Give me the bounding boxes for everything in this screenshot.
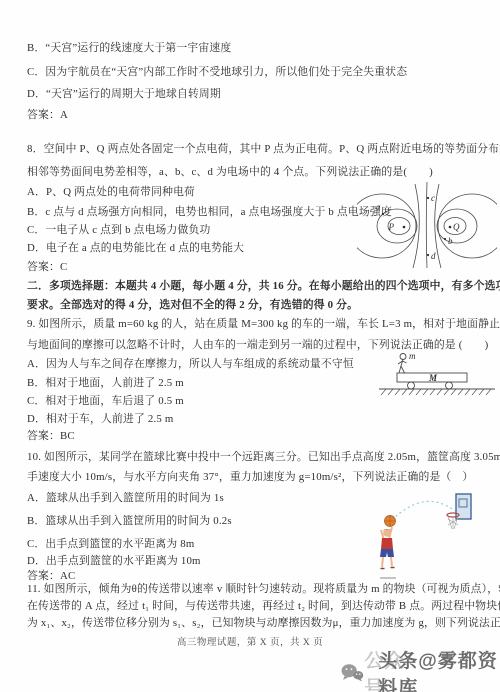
q11-stem-line-2: 在传送带的 A 点，经过 t₁ 时间，与传送带共速，再经过 t₂ 时间，到达传动… [27,600,500,613]
point-b-dot [444,238,446,240]
basketball-player [380,516,396,579]
point-c-dot [427,197,429,199]
q10-option-D: D．出手点到篮筐的水平距离为 10m [27,555,201,568]
center-field-line [426,182,427,268]
exam-page: B．“天宫”运行的线速度大于第一宇宙速度 C．因为宇航员在“天宫”内部工作时不受… [0,0,500,692]
q8-stem-line-1: 8．空间中 P、Q 两点处各固定一个点电荷，其中 P 点为正电荷。P、Q 两点附… [27,143,500,156]
q8-option-C: C．一电子从 c 点到 b 点电场力做负功 [27,224,211,237]
player-jersey [381,538,393,549]
point-d-dot [427,254,429,256]
label-d: d [431,251,436,261]
label-a: a [376,202,381,212]
label-P: P [388,222,395,232]
q10-answer: 答案：AC [27,570,75,583]
point-a-dot [382,213,384,215]
person-on-cart-figure: m M [377,351,497,409]
q9-option-D: D．相对于车，人前进了 2.5 m [27,413,173,426]
wechat-icon [340,659,364,687]
ball-trajectory [392,501,455,520]
q10-option-A: A．篮球从出手到入篮筐所用的时间为 1s [27,492,224,505]
q11-stem-line-1: 11. 如图所示，倾角为θ的传送带以速率 v 顺时针匀速转动。现将质量为 m 的… [27,583,500,596]
backboard-and-hoop [447,494,471,529]
Q-outer-equipotential [438,194,497,258]
label-b: b [448,236,453,246]
q9-answer: 答案：BC [27,430,75,443]
player-legs [382,557,392,567]
q7-option-C: C．因为宇航员在“天宫”内部工作时不受地球引力，所以他们处于完全失重状态 [27,66,407,79]
label-c: c [431,193,435,203]
player-shoes [381,568,395,569]
ground-hatching [381,389,491,395]
basketball-shot-figure [368,486,496,586]
section2-header-line-2: 要求。全部选对的得 4 分，选对但不全的得 2 分，有选错的得 0 分。 [27,299,358,312]
label-m: m [409,351,416,361]
cart-wheel-right [446,382,453,389]
player-head [383,529,391,537]
q11-stem-line-3: 为 x₁、x₂，传送带位移分别为 s₁、s₂，已知物块与动摩擦因数为μ，重力加速… [27,617,500,630]
watermark: 公众号 头条@雾都资料库 [340,656,500,690]
player-shorts [380,549,394,557]
q7-option-D: D．“天宫”运行的周期大于地球自转周期 [27,88,221,101]
q10-option-B: B．篮球从出手到入篮筐所用的时间为 0.2s [27,515,232,528]
watermark-dark-text: 头条@雾都资料库 [378,646,500,692]
q10-stem-line-2: 手速度大小 10m/s，与水平方向夹角 37°，重力加速度为 g=10m/s²，… [27,471,473,484]
cart-wheel-left [408,382,415,389]
q8-answer: 答案：C [27,261,67,274]
charge-P-dot [403,226,406,229]
person-body [398,360,407,374]
section2-header-line-1: 二．多项选择题：本题共 4 小题，每小题 4 分，共 16 分。在每小题给出的四… [27,280,500,293]
q7-answer: 答案：A [27,109,68,122]
q9-stem-line-1: 9. 如图所示，质量 m=60 kg 的人，站在质量 M=300 kg 的车的一… [27,318,500,331]
q8-option-A: A．P、Q 两点处的电荷带同种电荷 [27,186,195,199]
backboard [456,494,471,519]
label-Q: Q [453,222,460,232]
q8-option-B: B．c 点与 d 点场强方向相同，电势也相同，a 点电场强度大于 b 点电场强度 [27,206,392,219]
q9-option-C: C．相对于地面，车后退了 0.5 m [27,395,184,408]
P-outer-equipotential [357,194,416,258]
label-M: M [428,373,438,383]
q7-option-B: B．“天宫”运行的线速度大于第一宇宙速度 [27,42,231,55]
q10-option-C: C．出手点到篮筐的水平距离为 8m [27,538,194,551]
equipotential-field-figure: P Q a c b d [357,176,497,272]
q8-option-D: D．电子在 a 点的电势能比在 d 点的电势能大 [27,242,244,255]
person-head [400,354,406,360]
q9-option-A: A．因为人与车之间存在摩擦力，所以人与车组成的系统动量不守恒 [27,358,354,371]
q10-stem-line-1: 10. 如图所示，某同学在篮球比赛中投中一个远距离三分。已知出手点高度 2.05… [27,451,500,464]
q9-option-B: B．相对于地面，人前进了 2.5 m [27,377,184,390]
charge-Q-dot [449,226,452,229]
